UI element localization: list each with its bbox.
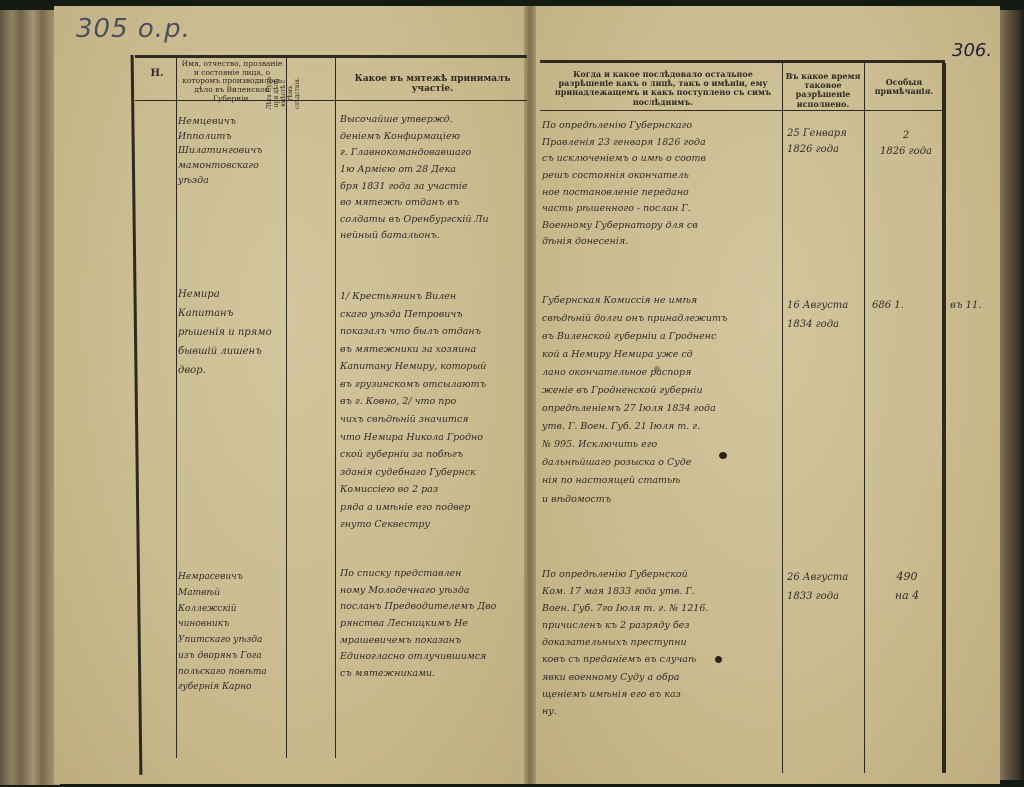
header-col-years: Лѣта Суда при дѣлѣ вмѣстѣ с тѣмъ слѣдств…: [267, 71, 301, 115]
book-page-edges-right: [998, 10, 1024, 780]
entry-1-executed: 25 Генваря 1826 года: [787, 126, 863, 157]
entry-2-participation: 1/ Крестьянинъ Вилен скаго уѣзда Петрови…: [340, 288, 525, 534]
left-table-top-rule: [135, 55, 527, 58]
header-col-executed: Въ какое время таковое разрѣшеніе исполн…: [784, 72, 862, 109]
book-page-edges-left: [0, 10, 60, 785]
ink-stain: [715, 656, 722, 663]
book-spread: 305 о.р. 306. Н. Имя, отчество, прозвані…: [0, 0, 1024, 787]
right-table-top-rule: [540, 60, 945, 63]
left-col-divider-3: [335, 58, 336, 758]
folio-number-right: 306.: [952, 40, 992, 61]
right-col-divider-1: [782, 63, 783, 773]
entry-3-remarks: 490 на 4: [872, 568, 942, 605]
entry-3-resolution: По опредѣленію Губернской Ком. 17 мая 18…: [542, 566, 780, 720]
entry-3-name: Немрасевичъ Матвѣй Коллежскій чиновникъ …: [178, 570, 288, 696]
entry-2-executed: 16 Августа 1834 года: [787, 296, 863, 334]
entry-2-margin-note: въ 11.: [950, 298, 1000, 314]
entry-1-name: Немцевичъ Ипполитъ Шилатинговичъ мамонто…: [178, 115, 288, 189]
header-col-resolution: Когда и какое послѣдовало остальное разр…: [545, 70, 781, 107]
header-col-participation: Какое въ мятежѣ принималъ участіе.: [340, 74, 525, 95]
entry-1-remarks: 2 1826 года: [870, 128, 942, 159]
right-col-divider-2: [864, 63, 865, 773]
entry-2-resolution: Губернская Комиссія не имѣя свѣдѣній дол…: [542, 292, 780, 509]
header-col-number: Н.: [140, 68, 174, 80]
left-col-divider-1: [176, 58, 177, 758]
entry-2-remarks: 686 1.: [872, 298, 942, 314]
entry-3-participation: По списку представлен ному Молодечнаго у…: [340, 566, 525, 682]
ink-stain: [719, 452, 727, 459]
entry-2-name: Немира Капитанъ рѣшенія и прямо бывшій л…: [178, 285, 288, 380]
folio-number-left: 305 о.р.: [76, 14, 191, 44]
entry-3-executed: 26 Августа 1833 года: [787, 568, 863, 606]
entry-1-participation: Высочайше утвержд. деніемъ Конфирмаціею …: [340, 112, 525, 245]
header-col-remarks: Особыя примѣчанія.: [866, 78, 942, 96]
right-outer-border: [942, 63, 946, 773]
entry-1-resolution: По опредѣленію Губернскаго Правленія 23 …: [542, 118, 780, 251]
book-gutter: [524, 6, 536, 784]
ink-stain-faint: [654, 366, 660, 372]
right-header-bottom-rule: [540, 110, 945, 111]
